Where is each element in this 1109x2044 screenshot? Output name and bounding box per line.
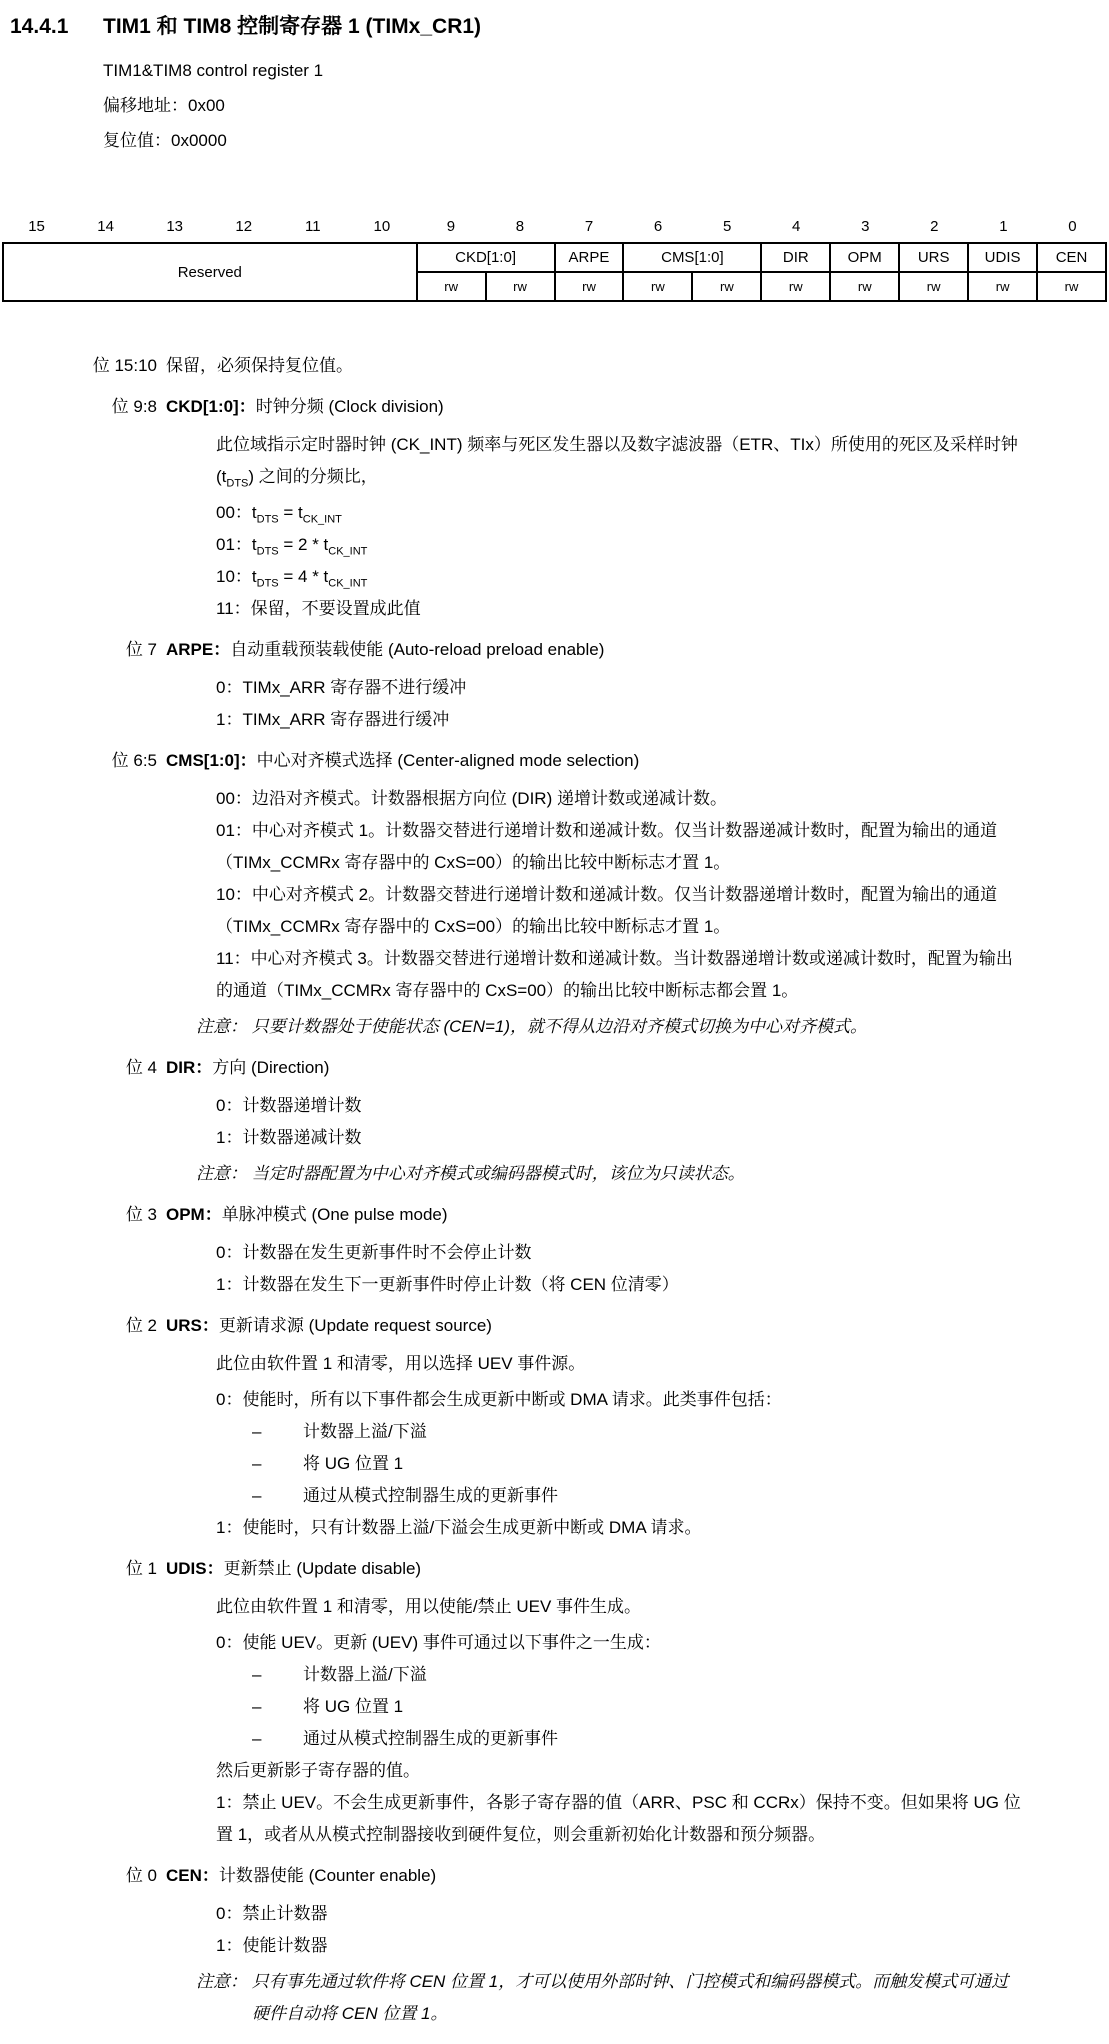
bit-content: CMS[1:0]：中心对齐模式选择 (Center-aligned mode s…: [166, 745, 1021, 1043]
bit-number: 12: [209, 216, 278, 238]
bit-range-label: 位 7: [0, 634, 157, 736]
desc-line: 1：计数器递减计数: [166, 1122, 1021, 1154]
desc-line: 此位由软件置 1 和清零，用以选择 UEV 事件源。: [166, 1348, 1021, 1380]
bit-range-label: 位 2: [0, 1310, 157, 1544]
bit-content: OPM：单脉冲模式 (One pulse mode)0：计数器在发生更新事件时不…: [166, 1199, 1021, 1301]
bit-field-desc: 更新禁止 (Update disable): [224, 1559, 421, 1578]
bit-content: DIR：方向 (Direction)0：计数器递增计数1：计数器递减计数注意： …: [166, 1052, 1021, 1190]
register-access-cell: rw: [761, 272, 830, 301]
bullet-text: 将 UG 位置 1: [303, 1697, 403, 1716]
bullet-text: 计数器上溢/下溢: [303, 1422, 427, 1441]
register-access-cell: rw: [623, 272, 692, 301]
bit-range-label: 位 15:10: [0, 350, 157, 382]
bullet-text: 通过从模式控制器生成的更新事件: [303, 1729, 558, 1748]
register-access-cell: rw: [692, 272, 761, 301]
bit-number: 6: [624, 216, 693, 238]
bit-content: CKD[1:0]：时钟分频 (Clock division)此位域指示定时器时钟…: [166, 391, 1021, 625]
register-access-cell: rw: [899, 272, 968, 301]
bit-description: 位 6:5CMS[1:0]：中心对齐模式选择 (Center-aligned m…: [0, 745, 1109, 1043]
bit-field-name: CMS[1:0]：: [166, 751, 257, 770]
desc-line: 0：使能时，所有以下事件都会生成更新中断或 DMA 请求。此类事件包括：: [166, 1384, 1021, 1416]
bit-field-name: DIR：: [166, 1058, 212, 1077]
bit-field-title: CEN：计数器使能 (Counter enable): [166, 1860, 1021, 1892]
bit-field-name: ARPE：: [166, 640, 230, 659]
bit-range-label: 位 1: [0, 1553, 157, 1851]
bit-number: 11: [278, 216, 347, 238]
desc-line: 1：计数器在发生下一更新事件时停止计数（将 CEN 位清零）: [166, 1269, 1021, 1301]
register-access-cell: rw: [1037, 272, 1106, 301]
bullet-dash: –: [252, 1723, 303, 1755]
bit-field-title: UDIS：更新禁止 (Update disable): [166, 1553, 1021, 1585]
bullet-dash: –: [252, 1691, 303, 1723]
desc-line: 注意： 当定时器配置为中心对齐模式或编码器模式时，该位为只读状态。: [166, 1158, 1021, 1190]
bit-description: 位 1UDIS：更新禁止 (Update disable)此位由软件置 1 和清…: [0, 1553, 1109, 1851]
bit-range-label: 位 0: [0, 1860, 157, 2030]
desc-line: –计数器上溢/下溢: [166, 1416, 1021, 1448]
register-field-cell: URS: [899, 243, 968, 272]
desc-line: 此位由软件置 1 和清零，用以使能/禁止 UEV 事件生成。: [166, 1591, 1021, 1623]
desc-line: 1：禁止 UEV。不会生成更新事件，各影子寄存器的值（ARR、PSC 和 CCR…: [166, 1787, 1021, 1851]
register-field-cell: CKD[1:0]: [417, 243, 555, 272]
register-field-cell: CMS[1:0]: [623, 243, 761, 272]
bit-range-label: 位 6:5: [0, 745, 157, 1043]
bit-field-name: URS：: [166, 1316, 219, 1335]
desc-line: 1：TIMx_ARR 寄存器进行缓冲: [166, 704, 1021, 736]
bit-field-title: ARPE：自动重载预装载使能 (Auto-reload preload enab…: [166, 634, 1021, 666]
bit-range-label: 位 3: [0, 1199, 157, 1301]
bit-description: 位 2URS：更新请求源 (Update request source)此位由软…: [0, 1310, 1109, 1544]
bit-field-name: CEN：: [166, 1866, 219, 1885]
desc-line: 保留，必须保持复位值。: [166, 350, 1021, 382]
bullet-text: 将 UG 位置 1: [303, 1454, 403, 1473]
desc-line: 10：tDTS = 4 * tCK_INT: [166, 561, 1021, 593]
bit-number: 3: [831, 216, 900, 238]
bit-field-title: OPM：单脉冲模式 (One pulse mode): [166, 1199, 1021, 1231]
bit-content: 保留，必须保持复位值。: [166, 350, 1021, 382]
bit-description: 位 3OPM：单脉冲模式 (One pulse mode)0：计数器在发生更新事…: [0, 1199, 1109, 1301]
bit-content: URS：更新请求源 (Update request source)此位由软件置 …: [166, 1310, 1021, 1544]
register-table: ReservedCKD[1:0]ARPECMS[1:0]DIROPMURSUDI…: [2, 242, 1107, 302]
desc-line: –计数器上溢/下溢: [166, 1659, 1021, 1691]
bit-field-desc: 时钟分频 (Clock division): [256, 397, 444, 416]
bullet-dash: –: [252, 1448, 303, 1480]
bit-field-desc: 单脉冲模式 (One pulse mode): [222, 1205, 448, 1224]
bit-field-title: URS：更新请求源 (Update request source): [166, 1310, 1021, 1342]
desc-line: 0：计数器递增计数: [166, 1090, 1021, 1122]
register-access-cell: rw: [417, 272, 486, 301]
bit-description: 位 7ARPE：自动重载预装载使能 (Auto-reload preload e…: [0, 634, 1109, 736]
desc-line: 0：TIMx_ARR 寄存器不进行缓冲: [166, 672, 1021, 704]
register-field-cell: CEN: [1037, 243, 1106, 272]
register-access-cell: rw: [830, 272, 899, 301]
desc-line: 11：中心对齐模式 3。计数器交替进行递增计数和递减计数。当计数器递增计数或递减…: [166, 943, 1021, 1007]
bullet-dash: –: [252, 1480, 303, 1512]
reset-value: 复位值：0x0000: [103, 130, 1109, 152]
desc-line: –将 UG 位置 1: [166, 1448, 1021, 1480]
bit-field-name: OPM：: [166, 1205, 222, 1224]
bit-number: 15: [2, 216, 71, 238]
bit-number: 4: [762, 216, 831, 238]
bullet-dash: –: [252, 1416, 303, 1448]
bit-number: 10: [347, 216, 416, 238]
desc-line: 00：tDTS = tCK_INT: [166, 497, 1021, 529]
desc-line: 然后更新影子寄存器的值。: [166, 1755, 1021, 1787]
desc-line: 01：中心对齐模式 1。计数器交替进行递增计数和递减计数。仅当计数器递减计数时，…: [166, 815, 1021, 879]
register-access-cell: rw: [555, 272, 624, 301]
bit-field-name: CKD[1:0]：: [166, 397, 256, 416]
bit-content: UDIS：更新禁止 (Update disable)此位由软件置 1 和清零，用…: [166, 1553, 1021, 1851]
bit-field-desc: 中心对齐模式选择 (Center-aligned mode selection): [257, 751, 640, 770]
bullet-text: 通过从模式控制器生成的更新事件: [303, 1486, 558, 1505]
bit-field-name: UDIS：: [166, 1559, 224, 1578]
bit-field-title: CKD[1:0]：时钟分频 (Clock division): [166, 391, 1021, 423]
bit-description: 位 15:10保留，必须保持复位值。: [0, 350, 1109, 382]
bit-descriptions: 位 15:10保留，必须保持复位值。位 9:8CKD[1:0]：时钟分频 (Cl…: [0, 350, 1109, 2030]
bit-number: 7: [555, 216, 624, 238]
bit-field-desc: 计数器使能 (Counter enable): [219, 1866, 436, 1885]
desc-line: –通过从模式控制器生成的更新事件: [166, 1480, 1021, 1512]
register-field-cell: ARPE: [555, 243, 624, 272]
bit-range-label: 位 9:8: [0, 391, 157, 625]
bit-range-label: 位 4: [0, 1052, 157, 1190]
register-field-cell: UDIS: [968, 243, 1037, 272]
bit-description: 位 0CEN：计数器使能 (Counter enable)0：禁止计数器1：使能…: [0, 1860, 1109, 2030]
bit-field-desc: 更新请求源 (Update request source): [219, 1316, 492, 1335]
register-access-cell: rw: [968, 272, 1037, 301]
desc-line: 1：使能计数器: [166, 1930, 1021, 1962]
desc-line: –将 UG 位置 1: [166, 1691, 1021, 1723]
bit-number: 9: [416, 216, 485, 238]
desc-line: 注意： 只有事先通过软件将 CEN 位置 1，才可以使用外部时钟、门控模式和编码…: [166, 1966, 1021, 2030]
bit-content: CEN：计数器使能 (Counter enable)0：禁止计数器1：使能计数器…: [166, 1860, 1021, 2030]
register-access-cell: rw: [486, 272, 555, 301]
desc-line: 此位域指示定时器时钟 (CK_INT) 频率与死区发生器以及数字滤波器（ETR、…: [166, 429, 1021, 493]
register-field-cell: Reserved: [3, 243, 417, 301]
bit-number: 14: [71, 216, 140, 238]
register-english-name: TIM1&TIM8 control register 1: [103, 60, 1109, 82]
bit-field-desc: 自动重载预装载使能 (Auto-reload preload enable): [230, 640, 604, 659]
bit-number: 5: [693, 216, 762, 238]
register-field-cell: DIR: [761, 243, 830, 272]
bit-field-title: CMS[1:0]：中心对齐模式选择 (Center-aligned mode s…: [166, 745, 1021, 777]
register-field-cell: OPM: [830, 243, 899, 272]
bit-number: 8: [485, 216, 554, 238]
bit-number: 1: [969, 216, 1038, 238]
desc-line: 注意： 只要计数器处于使能状态 (CEN=1)，就不得从边沿对齐模式切换为中心对…: [166, 1011, 1021, 1043]
offset-address: 偏移地址：0x00: [103, 95, 1109, 117]
bullet-text: 计数器上溢/下溢: [303, 1665, 427, 1684]
register-diagram: 1514131211109876543210 ReservedCKD[1:0]A…: [2, 216, 1107, 302]
desc-line: 0：计数器在发生更新事件时不会停止计数: [166, 1237, 1021, 1269]
bit-number: 13: [140, 216, 209, 238]
section-heading: 14.4.1 TIM1 和 TIM8 控制寄存器 1 (TIMx_CR1): [0, 12, 1109, 42]
page-title: TIM1 和 TIM8 控制寄存器 1 (TIMx_CR1): [103, 12, 481, 42]
bit-description: 位 9:8CKD[1:0]：时钟分频 (Clock division)此位域指示…: [0, 391, 1109, 625]
bit-content: ARPE：自动重载预装载使能 (Auto-reload preload enab…: [166, 634, 1021, 736]
bit-description: 位 4DIR：方向 (Direction)0：计数器递增计数1：计数器递减计数注…: [0, 1052, 1109, 1190]
desc-line: –通过从模式控制器生成的更新事件: [166, 1723, 1021, 1755]
desc-line: 10：中心对齐模式 2。计数器交替进行递增计数和递减计数。仅当计数器递增计数时，…: [166, 879, 1021, 943]
bit-field-desc: 方向 (Direction): [212, 1058, 329, 1077]
desc-line: 11：保留，不要设置成此值: [166, 593, 1021, 625]
bit-field-title: DIR：方向 (Direction): [166, 1052, 1021, 1084]
desc-line: 0：禁止计数器: [166, 1898, 1021, 1930]
desc-line: 0：使能 UEV。更新 (UEV) 事件可通过以下事件之一生成：: [166, 1627, 1021, 1659]
bit-number: 2: [900, 216, 969, 238]
section-number: 14.4.1: [0, 12, 103, 42]
bit-number: 0: [1038, 216, 1107, 238]
desc-line: 1：使能时，只有计数器上溢/下溢会生成更新中断或 DMA 请求。: [166, 1512, 1021, 1544]
desc-line: 01：tDTS = 2 * tCK_INT: [166, 529, 1021, 561]
bit-numbers-row: 1514131211109876543210: [2, 216, 1107, 238]
desc-line: 00：边沿对齐模式。计数器根据方向位 (DIR) 递增计数或递减计数。: [166, 783, 1021, 815]
bullet-dash: –: [252, 1659, 303, 1691]
register-field-row: ReservedCKD[1:0]ARPECMS[1:0]DIROPMURSUDI…: [3, 243, 1106, 272]
